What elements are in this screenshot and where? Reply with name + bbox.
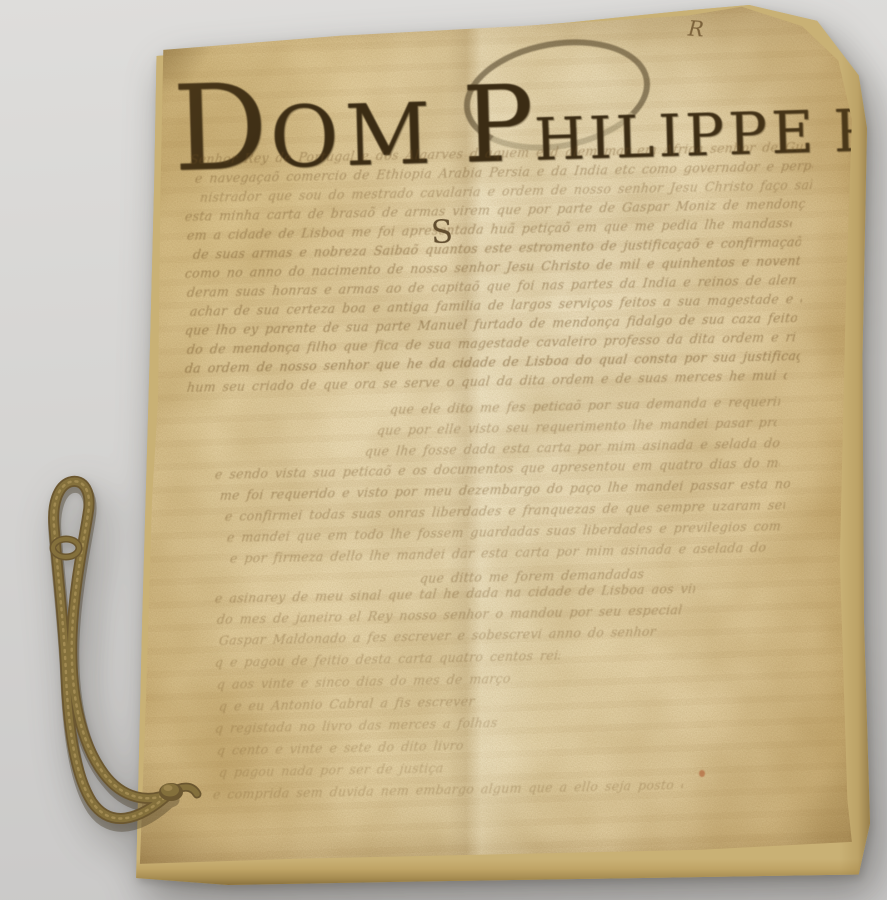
binding-cord [20,430,310,885]
ink-blotch [153,19,187,41]
handwriting-line: que ele dito me fes peticaõ por sua dema… [389,394,780,417]
handwriting-line: e por firmeza dello lhe mandei dar esta … [229,540,770,566]
manuscript-book: D OM P HILIPPE PER G RAÇA R S Senhor Rey… [115,5,870,885]
handwriting-line: que por elle visto seu requerimento lhe … [376,415,777,438]
photo-scene: D OM P HILIPPE PER G RAÇA R S Senhor Rey… [0,0,887,900]
